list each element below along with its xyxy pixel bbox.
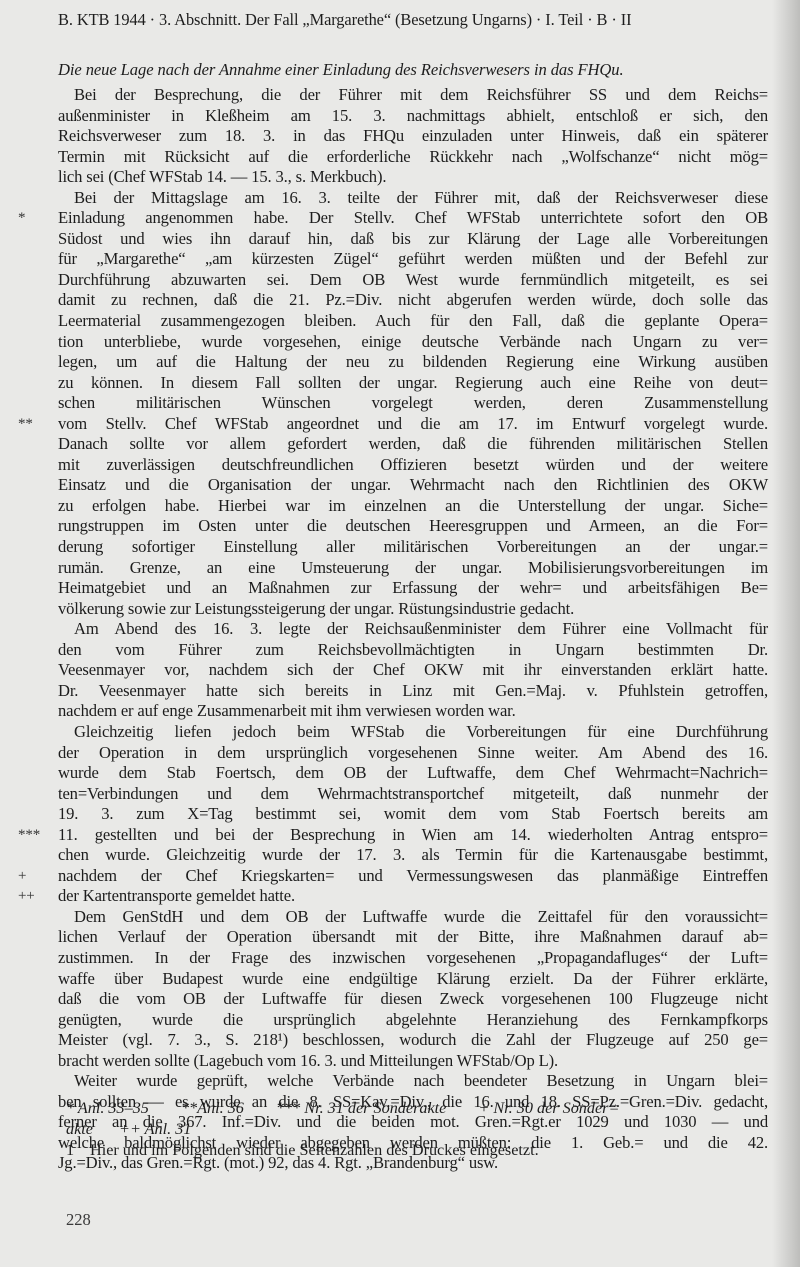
footnotes: * Anl. 33–35 **Anl. 36 *** Nr. 31 der So…	[66, 1098, 766, 1161]
page-number: 228	[66, 1210, 91, 1230]
line-text: damit zu rechnen, daß die 21. Pz.=Div. n…	[58, 290, 768, 311]
text-line: für „Margarethe“ „am kürzesten Zügel“ ge…	[58, 249, 768, 270]
text-line: Dem GenStdH und dem OB der Luftwaffe wur…	[58, 907, 768, 928]
text-line: Heimatgebiet und an Maßnahmen zur Erfass…	[58, 578, 768, 599]
text-line: Gleichzeitig liefen jedoch beim WFStab d…	[58, 722, 768, 743]
margin-reference-mark: ++	[18, 886, 52, 907]
text-line: damit zu rechnen, daß die 21. Pz.=Div. n…	[58, 290, 768, 311]
line-text: Reichsverweser zum 18. 3. in das FHQu ei…	[58, 126, 768, 147]
line-text: Durchführung abzuwarten sei. Dem OB West…	[58, 270, 768, 291]
section-title: Die neue Lage nach der Annahme einer Ein…	[58, 60, 768, 80]
footnote-continuation: akte	[66, 1120, 93, 1138]
line-text: Danach sollte vor allem gefordert werden…	[58, 434, 768, 455]
line-text: rumän. Grenze, an eine Umsteuerung der u…	[58, 558, 768, 579]
line-text: Termin mit Rücksicht auf die erforderlic…	[58, 147, 768, 168]
line-text: Dr. Veesenmayer hatte sich bereits in Li…	[58, 681, 768, 702]
line-text: Einladung angenommen habe. Der Stellv. C…	[58, 208, 768, 229]
text-line: zu erfolgen habe. Hierbei war im einzeln…	[58, 496, 768, 517]
line-text: zustimmen. In der Frage des inzwischen v…	[58, 948, 768, 969]
text-line: lich sei (Chef WFStab 14. — 15. 3., s. M…	[58, 167, 768, 188]
text-line: Dr. Veesenmayer hatte sich bereits in Li…	[58, 681, 768, 702]
line-text: Weiter wurde geprüft, welche Verbände na…	[74, 1071, 768, 1092]
text-line: ++der Kartentransporte gemeldet hatte.	[58, 886, 768, 907]
text-line: Veesenmayer vor, nachdem sich der Chef O…	[58, 660, 768, 681]
text-line: zustimmen. In der Frage des inzwischen v…	[58, 948, 768, 969]
body-text: Bei der Besprechung, die der Führer mit …	[58, 85, 768, 1174]
footnote-text: Hier und im Folgenden sind die Seitenzah…	[90, 1141, 539, 1159]
line-text: chen wurde. Gleichzeitig wurde der 17. 3…	[58, 845, 768, 866]
line-text: Meister (vgl. 7. 3., S. 218¹) beschlosse…	[58, 1030, 768, 1051]
line-text: für „Margarethe“ „am kürzesten Zügel“ ge…	[58, 249, 768, 270]
line-text: derung sofortiger Einstellung aller mili…	[58, 537, 768, 558]
line-text: rungstruppen im Osten unter die deutsche…	[58, 516, 768, 537]
text-line: Leermaterial zusammengezogen bleiben. Au…	[58, 311, 768, 332]
line-text: 11. gestellten und bei der Besprechung i…	[58, 825, 768, 846]
line-text: Am Abend des 16. 3. legte der Reichsauße…	[74, 619, 768, 640]
line-text: tion unterbliebe, wurde vorgesehen, eini…	[58, 332, 768, 353]
line-text: Bei der Mittagslage am 16. 3. teilte der…	[74, 188, 768, 209]
text-line: wurde dem Stab Foertsch, dem OB der Luft…	[58, 763, 768, 784]
text-line: Einsatz und die Organisation der ungar. …	[58, 475, 768, 496]
line-text: der Operation in dem ursprünglich vorges…	[58, 743, 768, 764]
text-line: derung sofortiger Einstellung aller mili…	[58, 537, 768, 558]
margin-reference-mark: ***	[18, 825, 52, 846]
text-line: schen militärischen Wünschen vorgelegt w…	[58, 393, 768, 414]
footnote-anl-33-35: * Anl. 33–35	[66, 1099, 149, 1117]
text-line: außenminister in Kleßheim am 15. 3. nach…	[58, 106, 768, 127]
line-text: der Kartentransporte gemeldet hatte.	[58, 886, 768, 907]
line-text: legen, um auf die Haltung der neu zu bil…	[58, 352, 768, 373]
margin-reference-mark: +	[18, 866, 52, 887]
footnote-nr-31: *** Nr. 31 der Sonderakte	[276, 1099, 446, 1117]
text-line: lichen Verlauf der Operation übersandt m…	[58, 927, 768, 948]
text-line: genügten, wurde die ursprünglich abgeleh…	[58, 1010, 768, 1031]
text-line: den vom Führer zum Reichsbevollmächtigte…	[58, 640, 768, 661]
line-text: nachdem der Chef Kriegskarten= und Verme…	[58, 866, 768, 887]
text-line: Meister (vgl. 7. 3., S. 218¹) beschlosse…	[58, 1030, 768, 1051]
line-text: daß die vom OB der Luftwaffe für diesen …	[58, 989, 768, 1010]
line-text: Gleichzeitig liefen jedoch beim WFStab d…	[74, 722, 768, 743]
line-text: außenminister in Kleßheim am 15. 3. nach…	[58, 106, 768, 127]
line-text: wurde dem Stab Foertsch, dem OB der Luft…	[58, 763, 768, 784]
line-text: lich sei (Chef WFStab 14. — 15. 3., s. M…	[58, 167, 768, 188]
line-text: zu können. In diesem Fall sollten der un…	[58, 373, 768, 394]
text-line: +nachdem der Chef Kriegskarten= und Verm…	[58, 866, 768, 887]
line-text: vom Stellv. Chef WFStab angeordnet und d…	[58, 414, 768, 435]
footnote-number: 1	[66, 1140, 86, 1161]
text-line: zu können. In diesem Fall sollten der un…	[58, 373, 768, 394]
text-line: **vom Stellv. Chef WFStab angeordnet und…	[58, 414, 768, 435]
text-line: legen, um auf die Haltung der neu zu bil…	[58, 352, 768, 373]
text-line: chen wurde. Gleichzeitig wurde der 17. 3…	[58, 845, 768, 866]
running-head: B. KTB 1944 · 3. Abschnitt. Der Fall „Ma…	[58, 10, 768, 30]
footnote-nr-30: + Nr. 30 der Sonder=	[478, 1099, 619, 1117]
line-text: nachdem er auf enge Zusammenarbeit mit i…	[58, 701, 768, 722]
text-line: Weiter wurde geprüft, welche Verbände na…	[58, 1071, 768, 1092]
line-text: lichen Verlauf der Operation übersandt m…	[58, 927, 768, 948]
text-line: Bei der Besprechung, die der Führer mit …	[58, 85, 768, 106]
line-text: Leermaterial zusammengezogen bleiben. Au…	[58, 311, 768, 332]
text-line: ***11. gestellten und bei der Besprechun…	[58, 825, 768, 846]
text-line: tion unterbliebe, wurde vorgesehen, eini…	[58, 332, 768, 353]
footnote-row: * Anl. 33–35 **Anl. 36 *** Nr. 31 der So…	[66, 1098, 766, 1119]
text-line: bracht werden sollte (Lagebuch vom 16. 3…	[58, 1051, 768, 1072]
line-text: den vom Führer zum Reichsbevollmächtigte…	[58, 640, 768, 661]
text-line: Südost und wies ihn darauf hin, daß bis …	[58, 229, 768, 250]
line-text: Veesenmayer vor, nachdem sich der Chef O…	[58, 660, 768, 681]
footnote-row: akte ++ Anl. 31	[66, 1119, 766, 1140]
line-text: zu erfolgen habe. Hierbei war im einzeln…	[58, 496, 768, 517]
line-text: Bei der Besprechung, die der Führer mit …	[74, 85, 768, 106]
margin-reference-mark: *	[18, 208, 52, 229]
line-text: genügten, wurde die ursprünglich abgeleh…	[58, 1010, 768, 1031]
text-line: Durchführung abzuwarten sei. Dem OB West…	[58, 270, 768, 291]
text-line: Am Abend des 16. 3. legte der Reichsauße…	[58, 619, 768, 640]
text-line: Reichsverweser zum 18. 3. in das FHQu ei…	[58, 126, 768, 147]
text-line: Bei der Mittagslage am 16. 3. teilte der…	[58, 188, 768, 209]
text-line: *Einladung angenommen habe. Der Stellv. …	[58, 208, 768, 229]
text-line: Termin mit Rücksicht auf die erforderlic…	[58, 147, 768, 168]
text-line: Danach sollte vor allem gefordert werden…	[58, 434, 768, 455]
text-line: ten=Verbindungen und dem Wehrmachtstrans…	[58, 784, 768, 805]
text-line: der Operation in dem ursprünglich vorges…	[58, 743, 768, 764]
text-line: 19. 3. zum X=Tag bestimmt sei, womit dem…	[58, 804, 768, 825]
text-line: völkerung sowie zur Leistungssteigerung …	[58, 599, 768, 620]
line-text: 19. 3. zum X=Tag bestimmt sei, womit dem…	[58, 804, 768, 825]
line-text: völkerung sowie zur Leistungssteigerung …	[58, 599, 768, 620]
numbered-footnote: 1Hier und im Folgenden sind die Seitenza…	[66, 1140, 766, 1161]
line-text: mit zuverlässigen deutschfreundlichen Of…	[58, 455, 768, 476]
text-line: daß die vom OB der Luftwaffe für diesen …	[58, 989, 768, 1010]
line-text: Dem GenStdH und dem OB der Luftwaffe wur…	[74, 907, 768, 928]
margin-reference-mark: **	[18, 414, 52, 435]
footnote-anl-36: **Anl. 36	[181, 1099, 244, 1117]
text-line: waffe über Budapest wurde eine endgültig…	[58, 969, 768, 990]
page-edge-shadow	[772, 0, 800, 1267]
text-line: nachdem er auf enge Zusammenarbeit mit i…	[58, 701, 768, 722]
footnote-anl-31: ++ Anl. 31	[119, 1120, 191, 1138]
line-text: bracht werden sollte (Lagebuch vom 16. 3…	[58, 1051, 768, 1072]
line-text: ten=Verbindungen und dem Wehrmachtstrans…	[58, 784, 768, 805]
line-text: Südost und wies ihn darauf hin, daß bis …	[58, 229, 768, 250]
line-text: Heimatgebiet und an Maßnahmen zur Erfass…	[58, 578, 768, 599]
line-text: waffe über Budapest wurde eine endgültig…	[58, 969, 768, 990]
line-text: schen militärischen Wünschen vorgelegt w…	[58, 393, 768, 414]
text-line: rumän. Grenze, an eine Umsteuerung der u…	[58, 558, 768, 579]
text-line: mit zuverlässigen deutschfreundlichen Of…	[58, 455, 768, 476]
text-line: rungstruppen im Osten unter die deutsche…	[58, 516, 768, 537]
line-text: Einsatz und die Organisation der ungar. …	[58, 475, 768, 496]
